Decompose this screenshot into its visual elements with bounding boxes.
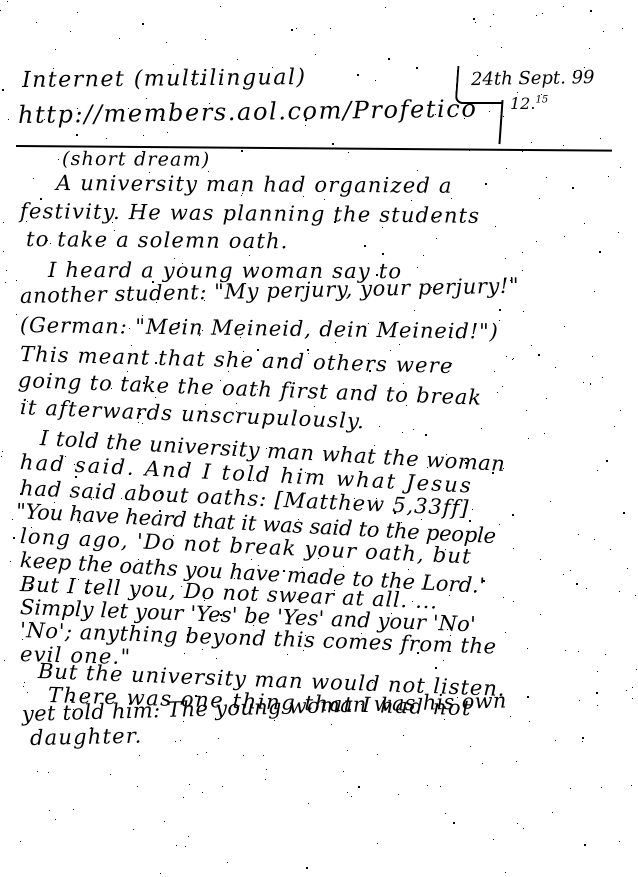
speckle-dot xyxy=(512,359,513,360)
speckle-dot xyxy=(272,67,273,68)
speckle-dot xyxy=(382,227,383,228)
speckle-dot xyxy=(218,738,219,739)
speckle-dot xyxy=(636,669,637,670)
speckle-dot xyxy=(423,255,424,256)
speckle-dot xyxy=(131,515,132,516)
speckle-dot xyxy=(584,67,585,68)
time-text: 12.15 xyxy=(510,94,548,113)
speckle-dot xyxy=(204,300,205,301)
speckle-dot xyxy=(200,83,202,85)
speckle-dot xyxy=(174,258,175,259)
speckle-dot xyxy=(614,426,615,427)
speckle-dot xyxy=(139,413,141,415)
speckle-dot xyxy=(490,26,491,27)
speckle-dot xyxy=(129,328,130,329)
speckle-dot xyxy=(477,55,478,56)
speckle-dot xyxy=(435,667,437,669)
speckle-dot xyxy=(253,625,254,626)
speckle-dot xyxy=(16,314,17,315)
speckle-dot xyxy=(464,460,465,461)
speckle-dot xyxy=(187,634,189,636)
speckle-dot xyxy=(70,699,72,701)
speckle-dot xyxy=(563,6,564,7)
speckle-dot xyxy=(280,361,281,362)
speckle-dot xyxy=(435,114,436,115)
speckle-dot xyxy=(234,578,235,579)
speckle-dot xyxy=(618,232,619,233)
speckle-dot xyxy=(75,476,77,478)
speckle-dot xyxy=(592,356,593,357)
speckle-dot xyxy=(421,519,422,520)
speckle-dot xyxy=(513,601,514,602)
speckle-dot xyxy=(382,253,384,255)
speckle-dot xyxy=(527,648,528,649)
speckle-dot xyxy=(253,480,254,481)
speckle-dot xyxy=(497,392,498,393)
speckle-dot xyxy=(437,463,438,464)
speckle-dot xyxy=(619,841,620,842)
speckle-dot xyxy=(240,215,241,216)
speckle-dot xyxy=(578,534,579,535)
speckle-dot xyxy=(528,438,529,439)
speckle-dot xyxy=(599,251,601,253)
speckle-dot xyxy=(376,498,377,499)
speckle-dot xyxy=(343,771,344,772)
speckle-dot xyxy=(493,14,494,15)
speckle-dot xyxy=(305,635,306,636)
speckle-dot xyxy=(2,451,3,452)
speckle-dot xyxy=(195,695,197,697)
speckle-dot xyxy=(232,184,233,185)
speckle-dot xyxy=(128,108,129,109)
speckle-dot xyxy=(473,18,475,20)
speckle-dot xyxy=(331,724,332,725)
speckle-dot xyxy=(305,125,306,126)
speckle-dot xyxy=(510,716,511,717)
speckle-dot xyxy=(74,464,75,465)
speckle-dot xyxy=(632,687,633,688)
speckle-dot xyxy=(188,836,189,837)
speckle-dot xyxy=(2,89,4,91)
speckle-dot xyxy=(56,460,57,461)
speckle-dot xyxy=(472,509,473,510)
speckle-dot xyxy=(311,575,313,577)
speckle-dot xyxy=(69,322,71,324)
speckle-dot xyxy=(565,650,566,651)
speckle-dot xyxy=(531,142,532,143)
speckle-dot xyxy=(416,67,418,69)
speckle-dot xyxy=(626,690,627,691)
speckle-dot xyxy=(58,210,59,211)
speckle-dot xyxy=(403,383,404,384)
speckle-dot xyxy=(77,108,78,109)
speckle-dot xyxy=(49,810,50,811)
speckle-dot xyxy=(243,351,244,352)
speckle-dot xyxy=(10,561,11,562)
speckle-dot xyxy=(417,652,419,654)
speckle-dot xyxy=(236,411,237,412)
body-line: to take a solemn oath. xyxy=(26,229,289,252)
speckle-dot xyxy=(620,410,621,411)
speckle-dot xyxy=(411,200,412,201)
speckle-dot xyxy=(164,821,165,822)
speckle-dot xyxy=(155,397,156,398)
speckle-dot xyxy=(314,406,315,407)
speckle-dot xyxy=(332,143,334,145)
speckle-dot xyxy=(597,470,598,471)
speckle-dot xyxy=(314,34,315,35)
speckle-dot xyxy=(398,794,399,795)
speckle-dot xyxy=(0,10,1,11)
speckle-dot xyxy=(257,349,259,351)
speckle-dot xyxy=(79,522,80,523)
speckle-dot xyxy=(453,822,455,824)
speckle-dot xyxy=(197,754,198,755)
speckle-dot xyxy=(576,583,578,585)
speckle-dot xyxy=(469,150,470,151)
speckle-dot xyxy=(324,199,325,200)
speckle-dot xyxy=(195,673,196,674)
speckle-dot xyxy=(300,641,301,642)
speckle-dot xyxy=(364,245,366,247)
speckle-dot xyxy=(564,326,565,327)
speckle-dot xyxy=(408,569,409,570)
speckle-dot xyxy=(601,787,602,788)
speckle-dot xyxy=(377,754,378,755)
speckle-dot xyxy=(243,755,244,756)
speckle-dot xyxy=(114,230,115,231)
speckle-dot xyxy=(16,280,17,281)
speckle-dot xyxy=(450,635,451,636)
speckle-dot xyxy=(44,119,45,120)
speckle-dot xyxy=(305,119,307,121)
speckle-dot xyxy=(503,116,504,117)
speckle-dot xyxy=(499,524,500,525)
speckle-dot xyxy=(597,671,598,672)
speckle-dot xyxy=(582,741,583,742)
speckle-dot xyxy=(237,59,238,60)
speckle-dot xyxy=(368,323,369,324)
speckle-dot xyxy=(53,356,54,357)
speckle-dot xyxy=(78,383,79,384)
speckle-dot xyxy=(199,335,200,336)
speckle-dot xyxy=(495,226,496,227)
speckle-dot xyxy=(202,792,203,793)
speckle-dot xyxy=(204,600,205,601)
speckle-dot xyxy=(512,514,514,516)
speckle-dot xyxy=(550,501,551,502)
speckle-dot xyxy=(274,720,275,721)
speckle-dot xyxy=(305,472,306,473)
speckle-dot xyxy=(375,80,376,81)
speckle-dot xyxy=(544,433,545,434)
speckle-dot xyxy=(502,386,503,387)
time-hour: 12. xyxy=(510,94,535,113)
speckle-dot xyxy=(417,170,418,171)
speckle-dot xyxy=(119,38,120,39)
speckle-dot xyxy=(590,384,591,385)
speckle-dot xyxy=(181,586,182,587)
speckle-dot xyxy=(570,788,571,789)
speckle-dot xyxy=(208,171,209,172)
speckle-dot xyxy=(220,614,222,616)
speckle-dot xyxy=(92,380,93,381)
speckle-dot xyxy=(297,599,298,600)
speckle-dot xyxy=(445,549,446,550)
speckle-dot xyxy=(173,535,174,536)
speckle-dot xyxy=(540,614,541,615)
speckle-dot xyxy=(254,613,255,614)
speckle-dot xyxy=(265,779,266,780)
speckle-dot xyxy=(555,740,556,741)
speckle-dot xyxy=(73,156,74,157)
speckle-dot xyxy=(160,492,162,494)
speckle-dot xyxy=(427,785,428,786)
speckle-dot xyxy=(444,719,445,720)
speckle-dot xyxy=(464,118,465,119)
speckle-dot xyxy=(77,12,78,13)
speckle-dot xyxy=(376,274,378,276)
speckle-dot xyxy=(492,472,494,474)
speckle-dot xyxy=(178,322,180,324)
speckle-dot xyxy=(619,591,620,592)
speckle-dot xyxy=(241,150,243,152)
speckle-dot xyxy=(503,468,504,469)
speckle-dot xyxy=(74,514,75,515)
speckle-dot xyxy=(303,650,304,651)
speckle-dot xyxy=(379,426,380,427)
speckle-dot xyxy=(522,151,523,152)
speckle-dot xyxy=(620,167,621,168)
speckle-dot xyxy=(506,168,507,169)
speckle-dot xyxy=(511,277,512,278)
speckle-dot xyxy=(403,735,404,736)
speckle-dot xyxy=(137,786,138,787)
speckle-dot xyxy=(161,632,162,633)
speckle-dot xyxy=(632,698,633,699)
speckle-dot xyxy=(427,467,428,468)
speckle-dot xyxy=(31,527,32,528)
speckle-dot xyxy=(50,243,51,244)
speckle-dot xyxy=(73,709,74,710)
speckle-dot xyxy=(159,510,161,512)
speckle-dot xyxy=(306,867,308,869)
speckle-dot xyxy=(283,570,285,572)
speckle-dot xyxy=(447,629,448,630)
speckle-dot xyxy=(266,191,267,192)
speckle-dot xyxy=(353,393,354,394)
speckle-dot xyxy=(206,752,207,753)
speckle-dot xyxy=(516,761,517,762)
scanned-handwritten-page: Internet (multilingual) http://members.a… xyxy=(0,0,638,877)
speckle-dot xyxy=(522,252,523,253)
speckle-dot xyxy=(220,6,221,7)
speckle-dot xyxy=(526,410,527,411)
speckle-dot xyxy=(91,499,92,500)
speckle-dot xyxy=(40,198,42,200)
speckle-dot xyxy=(201,413,202,414)
speckle-dot xyxy=(483,580,485,582)
speckle-dot xyxy=(176,845,177,846)
speckle-dot xyxy=(22,639,23,640)
speckle-dot xyxy=(584,223,585,224)
speckle-dot xyxy=(610,549,611,550)
speckle-dot xyxy=(608,176,609,177)
speckle-dot xyxy=(48,772,49,773)
speckle-dot xyxy=(23,686,24,687)
speckle-dot xyxy=(282,358,284,360)
speckle-dot xyxy=(5,282,6,283)
speckle-dot xyxy=(413,429,414,430)
header-url: http://members.aol.com/Profetico xyxy=(18,97,478,127)
speckle-dot xyxy=(370,529,371,530)
speckle-dot xyxy=(143,382,145,384)
speckle-dot xyxy=(399,344,400,345)
speckle-dot xyxy=(457,697,458,698)
speckle-dot xyxy=(85,696,86,697)
speckle-dot xyxy=(220,380,221,381)
speckle-dot xyxy=(308,353,309,354)
speckle-dot xyxy=(51,106,52,107)
speckle-dot xyxy=(248,84,249,85)
speckle-dot xyxy=(494,371,495,372)
speckle-dot xyxy=(582,737,584,739)
speckle-dot xyxy=(563,145,564,146)
speckle-dot xyxy=(377,486,378,487)
speckle-dot xyxy=(348,152,349,153)
speckle-dot xyxy=(412,601,413,602)
speckle-dot xyxy=(434,218,435,219)
speckle-dot xyxy=(222,786,223,787)
body-line: daughter. xyxy=(30,726,143,749)
speckle-dot xyxy=(33,178,34,179)
speckle-dot xyxy=(183,797,184,798)
speckle-dot xyxy=(6,270,7,271)
speckle-dot xyxy=(436,238,437,239)
speckle-dot xyxy=(258,565,259,566)
speckle-dot xyxy=(583,382,584,383)
speckle-dot xyxy=(546,177,547,178)
speckle-dot xyxy=(540,559,541,560)
time-minutes: 15 xyxy=(535,95,548,106)
speckle-dot xyxy=(131,345,132,346)
speckle-dot xyxy=(160,873,161,874)
speckle-dot xyxy=(417,267,418,268)
speckle-dot xyxy=(536,241,537,242)
speckle-dot xyxy=(485,183,487,185)
speckle-dot xyxy=(445,813,446,814)
speckle-dot xyxy=(600,138,601,139)
date-bracket-vertical xyxy=(498,100,503,144)
speckle-dot xyxy=(513,548,514,549)
speckle-dot xyxy=(358,786,360,788)
speckle-dot xyxy=(180,740,181,741)
speckle-dot xyxy=(334,590,335,591)
speckle-dot xyxy=(330,28,331,29)
speckle-dot xyxy=(523,311,524,312)
speckle-dot xyxy=(361,704,362,705)
speckle-dot xyxy=(27,692,28,693)
speckle-dot xyxy=(287,654,288,655)
speckle-dot xyxy=(529,721,530,722)
speckle-dot xyxy=(12,519,13,520)
speckle-dot xyxy=(185,846,186,847)
speckle-dot xyxy=(204,595,205,596)
speckle-dot xyxy=(55,819,56,820)
speckle-dot xyxy=(149,172,150,173)
speckle-dot xyxy=(20,493,22,495)
speckle-dot xyxy=(227,862,228,863)
speckle-dot xyxy=(541,94,542,95)
speckle-dot xyxy=(503,597,504,598)
speckle-dot xyxy=(166,42,167,43)
speckle-dot xyxy=(469,520,471,522)
speckle-dot xyxy=(307,349,309,351)
speckle-dot xyxy=(564,236,565,237)
speckle-dot xyxy=(394,512,396,514)
speckle-dot xyxy=(298,519,299,520)
speckle-dot xyxy=(39,566,40,567)
speckle-dot xyxy=(505,632,506,633)
speckle-dot xyxy=(465,462,467,464)
speckle-dot xyxy=(70,31,71,32)
speckle-dot xyxy=(334,221,336,223)
speckle-dot xyxy=(65,456,66,457)
speckle-dot xyxy=(240,337,241,338)
speckle-dot xyxy=(142,315,143,316)
speckle-dot xyxy=(443,660,444,661)
speckle-dot xyxy=(489,111,490,112)
speckle-dot xyxy=(138,559,139,560)
speckle-dot xyxy=(263,755,264,756)
speckle-dot xyxy=(133,829,134,830)
speckle-dot xyxy=(574,71,575,72)
speckle-dot xyxy=(167,132,168,133)
speckle-dot xyxy=(27,401,28,402)
speckle-dot xyxy=(110,774,111,775)
speckle-dot xyxy=(406,405,407,406)
speckle-dot xyxy=(149,183,150,184)
speckle-dot xyxy=(251,559,252,560)
speckle-dot xyxy=(536,15,537,16)
body-line: A university man had organized a xyxy=(56,173,453,197)
speckle-dot xyxy=(236,403,237,404)
speckle-dot xyxy=(112,222,113,223)
speckle-dot xyxy=(622,28,623,29)
speckle-dot xyxy=(173,64,174,65)
speckle-dot xyxy=(606,460,608,462)
speckle-dot xyxy=(506,356,507,357)
speckle-dot xyxy=(296,28,297,29)
speckle-dot xyxy=(209,103,210,104)
speckle-dot xyxy=(570,570,571,571)
speckle-dot xyxy=(590,10,592,12)
speckle-dot xyxy=(513,358,514,359)
speckle-dot xyxy=(111,388,112,389)
speckle-dot xyxy=(372,682,373,683)
speckle-dot xyxy=(315,54,316,55)
speckle-dot xyxy=(402,432,403,433)
speckle-dot xyxy=(266,769,267,770)
speckle-dot xyxy=(482,763,483,764)
speckle-dot xyxy=(594,539,595,540)
speckle-dot xyxy=(597,705,598,706)
speckle-dot xyxy=(586,588,587,589)
speckle-dot xyxy=(318,558,319,559)
speckle-dot xyxy=(55,49,56,50)
speckle-dot xyxy=(563,574,564,575)
speckle-dot xyxy=(241,195,242,196)
